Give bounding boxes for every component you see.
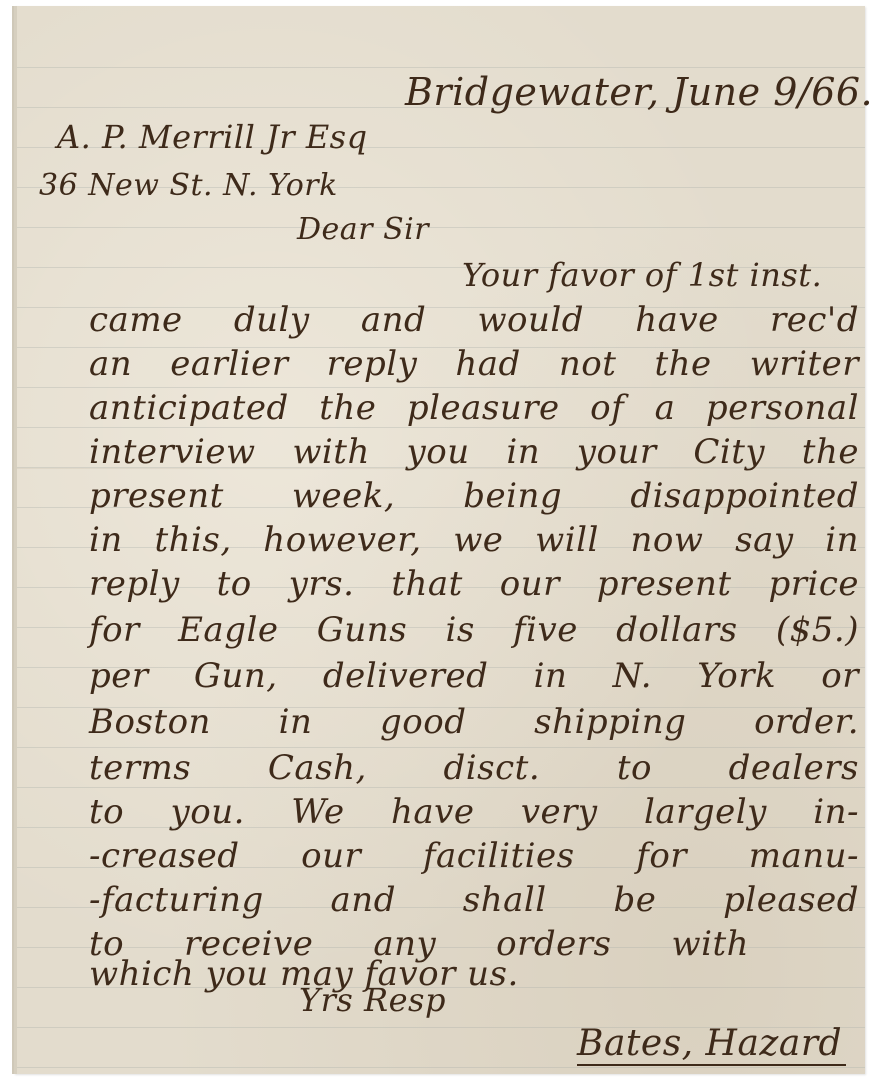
body-line-opening: Your favor of 1st inst.: [462, 256, 822, 294]
body-line: terms Cash, disct. to dealers: [89, 748, 859, 788]
body-line: Boston in good shipping order.: [89, 702, 859, 742]
body-line: in this, however, we will now say in: [89, 520, 859, 560]
letter-page: Bridgewater, June 9/66. A. P. Merrill Jr…: [14, 6, 865, 1074]
body-line: for Eagle Guns is five dollars ($5.): [89, 610, 859, 650]
body-line: to you. We have very largely in-: [89, 792, 859, 832]
body-line: came duly and would have rec'd: [89, 300, 859, 340]
recipient-name: A. P. Merrill Jr Esq: [57, 118, 368, 156]
body-line: reply to yrs. that our present price: [89, 564, 859, 604]
body-line: present week, being disappointed: [89, 476, 859, 516]
salutation: Dear Sir: [297, 212, 429, 247]
closing: Yrs Resp: [299, 981, 446, 1019]
body-line: per Gun, delivered in N. York or: [89, 656, 859, 696]
body-line: anticipated the pleasure of a personal: [89, 388, 859, 428]
body-line: interview with you in your City the: [89, 432, 859, 472]
signature: Bates, Hazard: [577, 1024, 846, 1066]
body-line: -creased our facilities for manu-: [89, 836, 859, 876]
body-line: an earlier reply had not the writer: [89, 344, 859, 384]
dateline: Bridgewater, June 9/66.: [405, 70, 873, 114]
body-line: -facturing and shall be pleased: [89, 880, 859, 920]
recipient-address: 36 New St. N. York: [39, 168, 338, 203]
